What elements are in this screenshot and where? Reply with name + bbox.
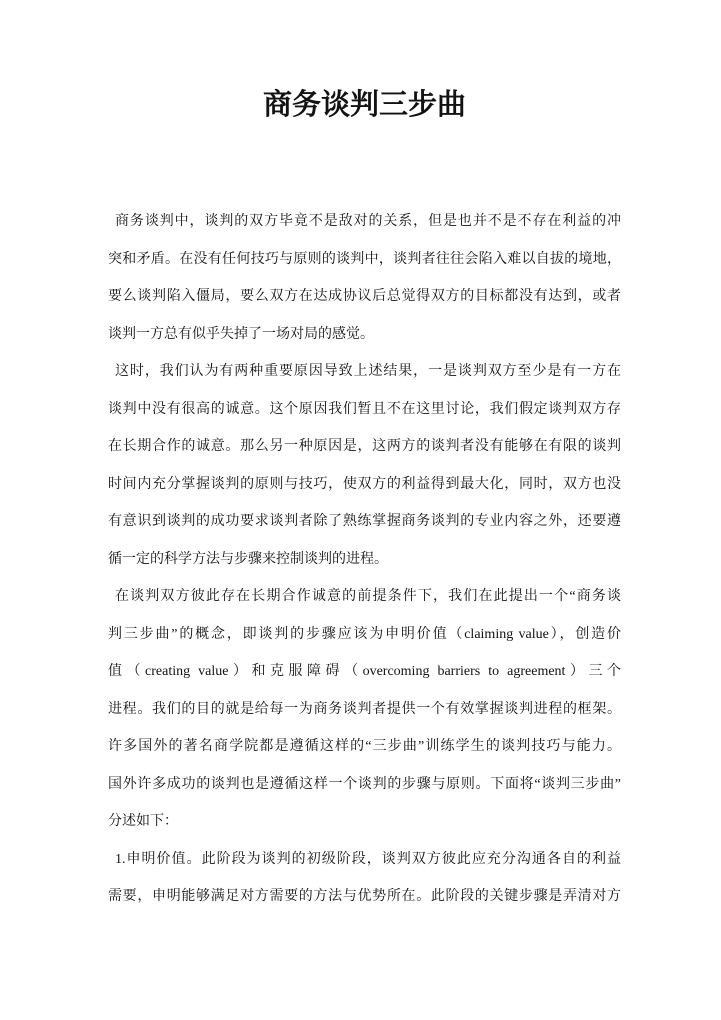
paragraph: 在谈判双方彼此存在长期合作诚意的前提条件下，我们在此提出一个“商务谈判三步曲”的…: [108, 578, 621, 841]
text-line: 在谈判双方彼此存在长期合作诚意的前提条件下，我们在此提出一个“商务谈: [108, 578, 621, 616]
paragraph: 1.申明价值。此阶段为谈判的初级阶段，谈判双方彼此应充分沟通各自的利益需要，申明…: [108, 841, 621, 916]
text-line: 商务谈判中，谈判的双方毕竟不是敌对的关系，但是也并不是不存在利益的冲: [108, 203, 621, 241]
document-body: 商务谈判中，谈判的双方毕竟不是敌对的关系，但是也并不是不存在利益的冲突和矛盾。在…: [108, 203, 621, 916]
text-line: 判三步曲”的概念，即谈判的步骤应该为申明价值（claiming value），创…: [108, 616, 621, 654]
document-title: 商务谈判三步曲: [108, 86, 621, 124]
text-line: 分述如下：: [108, 803, 621, 841]
text-line: 突和矛盾。在没有任何技巧与原则的谈判中，谈判者往往会陷入难以自拔的境地，: [108, 241, 621, 279]
text-line: 要么谈判陷入僵局，要么双方在达成协议后总觉得双方的目标都没有达到，或者: [108, 278, 621, 316]
text-line: 这时，我们认为有两种重要原因导致上述结果，一是谈判双方至少是有一方在: [108, 353, 621, 391]
text-line: 国外许多成功的谈判也是遵循这样一个谈判的步骤与原则。下面将“谈判三步曲”: [108, 766, 621, 804]
text-line: 值（creating value）和克服障碍（overcoming barrie…: [108, 653, 621, 691]
document-content: 商务谈判三步曲 商务谈判中，谈判的双方毕竟不是敌对的关系，但是也并不是不存在利益…: [108, 0, 621, 916]
text-line: 谈判中没有很高的诚意。这个原因我们暂且不在这里讨论，我们假定谈判双方存: [108, 391, 621, 429]
document-page: 商务谈判三步曲 商务谈判中，谈判的双方毕竟不是敌对的关系，但是也并不是不存在利益…: [0, 0, 721, 1020]
text-line: 时间内充分掌握谈判的原则与技巧，使双方的利益得到最大化，同时，双方也没: [108, 466, 621, 504]
text-line: 许多国外的著名商学院都是遵循这样的“三步曲”训练学生的谈判技巧与能力。: [108, 728, 621, 766]
text-line: 谈判一方总有似乎失掉了一场对局的感觉。: [108, 316, 621, 354]
text-line: 进程。我们的目的就是给每一为商务谈判者提供一个有效掌握谈判进程的框架。: [108, 691, 621, 729]
text-line: 在长期合作的诚意。那么另一种原因是，这两方的谈判者没有能够在有限的谈判: [108, 428, 621, 466]
text-line: 循一定的科学方法与步骤来控制谈判的进程。: [108, 541, 621, 579]
text-line: 有意识到谈判的成功要求谈判者除了熟练掌握商务谈判的专业内容之外，还要遵: [108, 503, 621, 541]
text-line: 需要，申明能够满足对方需要的方法与优势所在。此阶段的关键步骤是弄清对方: [108, 878, 621, 916]
text-line: 1.申明价值。此阶段为谈判的初级阶段，谈判双方彼此应充分沟通各自的利益: [108, 841, 621, 879]
paragraph: 商务谈判中，谈判的双方毕竟不是敌对的关系，但是也并不是不存在利益的冲突和矛盾。在…: [108, 203, 621, 353]
paragraph: 这时，我们认为有两种重要原因导致上述结果，一是谈判双方至少是有一方在谈判中没有很…: [108, 353, 621, 578]
